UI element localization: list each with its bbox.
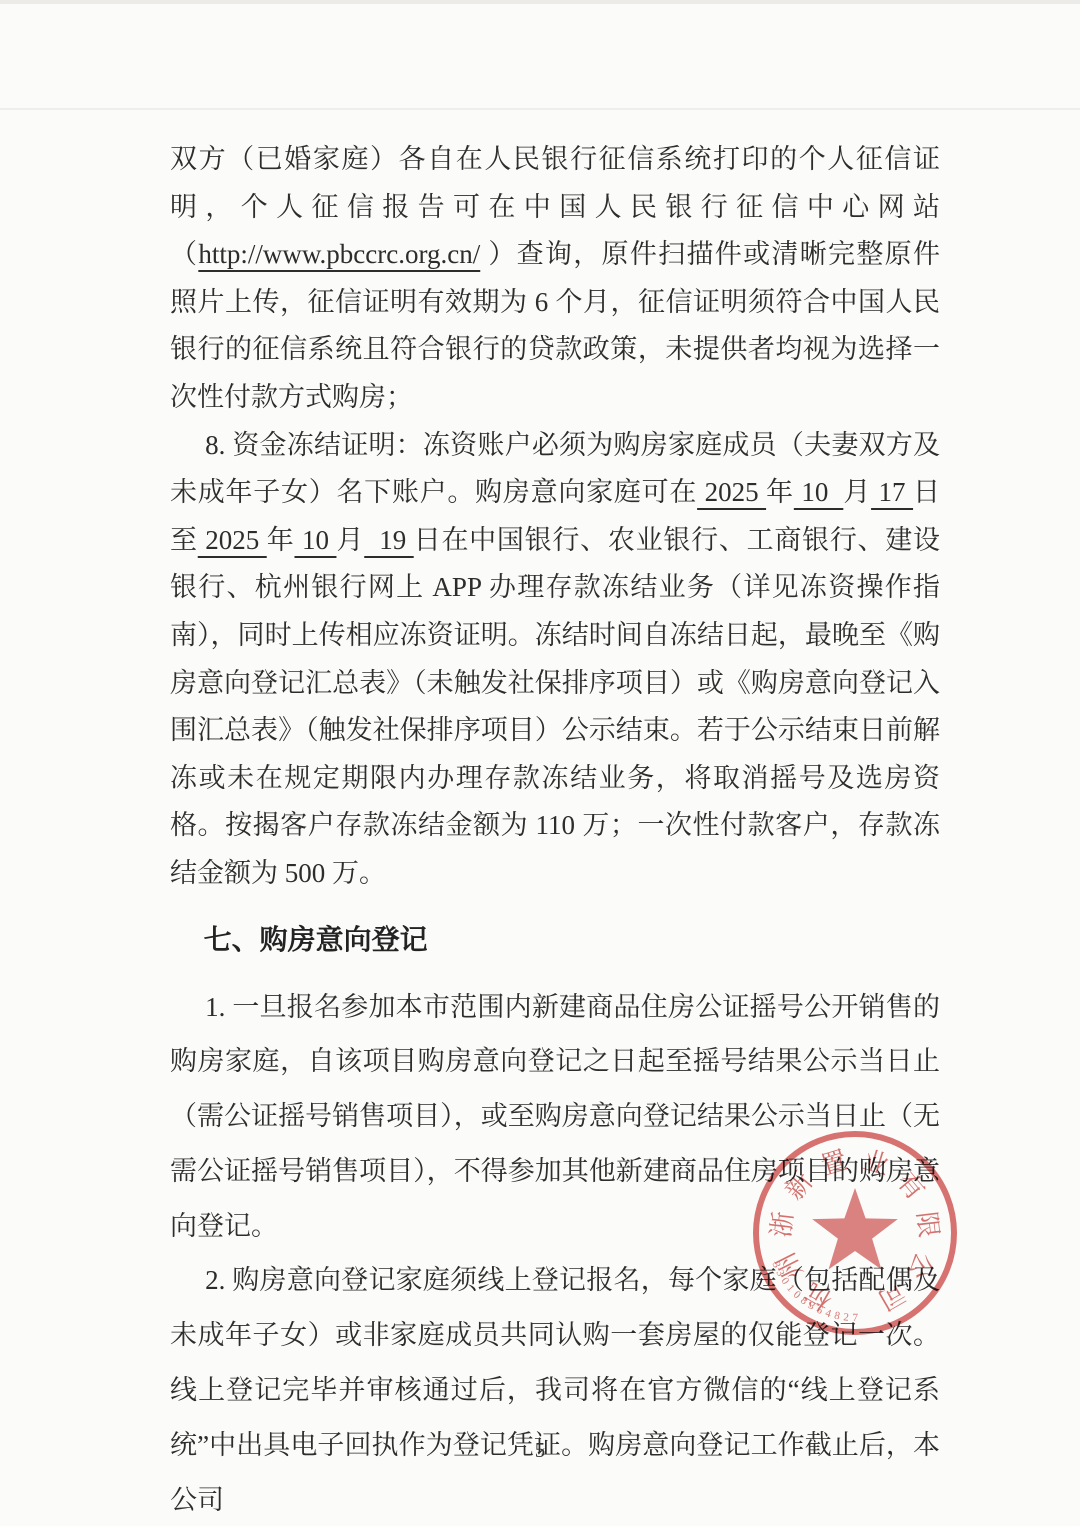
text-segment: 双方（已婚家庭）各自在人民银行征信系统打印的个人征信证明，个人征信报告可在中国人… (170, 144, 940, 222)
underlined-text: 19 (364, 525, 413, 555)
page-number: 5 (0, 1438, 1080, 1463)
text-segment: 月 (843, 477, 871, 507)
text-segment: 年 (766, 477, 794, 507)
underlined-text: 10 (294, 525, 336, 555)
underlined-text: 17 (871, 477, 913, 507)
text-segment: 月 (336, 525, 364, 555)
paragraph-fund-freeze: 8. 资金冻结证明：冻资账户必须为购房家庭成员（夫妻双方及未成年子女）名下账户。… (170, 422, 940, 898)
scan-edge-strip (0, 0, 1080, 4)
nowrap-group: （http://www.pbccrc.org.cn/ ） (170, 239, 517, 269)
text-segment: 年 (267, 525, 295, 555)
section-six-block: 双方（已婚家庭）各自在人民银行征信系统打印的个人征信证明，个人征信报告可在中国人… (170, 136, 940, 898)
scan-artifact-line (0, 108, 1080, 110)
underlined-text: 2025 (198, 525, 267, 555)
underlined-text: 2025 (697, 477, 766, 507)
paragraph-registration-rule-1: 1. 一旦报名参加本市范围内新建商品住房公证摇号公开销售的购房家庭，自该项目购房… (170, 980, 940, 1254)
document-content: 双方（已婚家庭）各自在人民银行征信系统打印的个人征信证明，个人征信报告可在中国人… (170, 136, 940, 1526)
text-segment: ） (480, 239, 516, 269)
text-segment: 日在中国银行、农业银行、工商银行、建设银行、杭州银行网上 APP 办理存款冻结业… (170, 525, 940, 888)
underlined-text: 10 (794, 477, 843, 507)
underlined-text: http://www.pbccrc.org.cn/ (198, 239, 480, 269)
text-segment: （ (170, 239, 198, 269)
section-seven-heading: 七、购房意向登记 (170, 916, 940, 966)
paragraph-registration-rule-2: 2. 购房意向登记家庭须线上登记报名，每个家庭（包括配偶及未成年子女）或非家庭成… (170, 1253, 940, 1526)
paragraph-credit-report: 双方（已婚家庭）各自在人民银行征信系统打印的个人征信证明，个人征信报告可在中国人… (170, 136, 940, 422)
document-page: 双方（已婚家庭）各自在人民银行征信系统打印的个人征信证明，个人征信报告可在中国人… (0, 0, 1080, 1526)
